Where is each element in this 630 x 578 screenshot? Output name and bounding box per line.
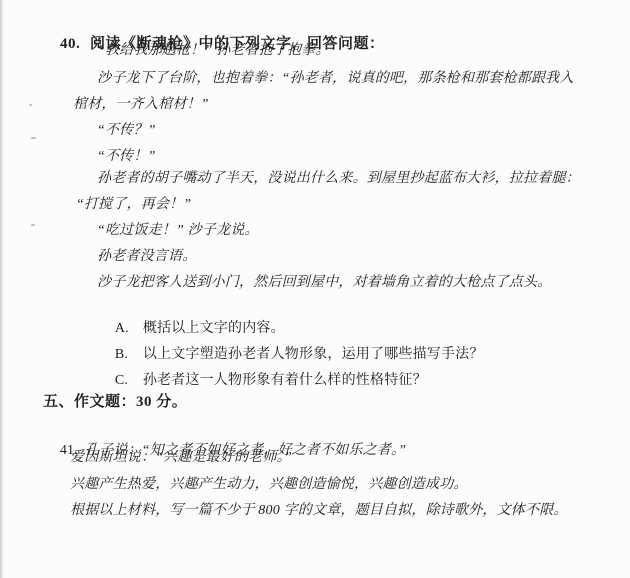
exam-paper-page: 40.阅读《断魂枪》中的下列文字，回答问题： “教给我那趟枪！” 孙老者抱了抱拳… xyxy=(0,0,630,578)
scan-artifact xyxy=(31,137,36,139)
passage-line: “吃过饭走！” 沙子龙说。 xyxy=(97,221,259,241)
question-40-number: 40. xyxy=(60,34,90,54)
passage-line: 棺材，一齐入棺材！” xyxy=(73,95,209,115)
passage-line: “打搅了，再会！” xyxy=(76,195,191,215)
passage-line: 沙子龙把客人送到小门，然后回到屋中，对着墙角立着的大枪点了点头。 xyxy=(97,273,551,293)
passage-line: “不传？” xyxy=(97,121,156,141)
passage-line: 孙老者的胡子嘴动了半天，没说出什么来。到屋里抄起蓝布大衫，拉拉着腿： xyxy=(97,169,580,189)
material-line: 爱因斯坦说：“兴趣是最好的老师。” xyxy=(70,448,292,468)
passage-line: “不传！” xyxy=(97,147,156,167)
section-5-heading: 五、作文题：30 分。 xyxy=(43,392,187,412)
scan-artifact xyxy=(29,104,32,106)
material-line: 根据以上材料，写一篇不少于 800 字的文章，题目自拟，除诗歌外，文体不限。 xyxy=(70,501,568,521)
option-c-label: C. xyxy=(115,371,143,391)
passage-line: “教给我那趟枪！” 孙老者抱了抱拳。 xyxy=(97,41,330,61)
passage-line: 沙子龙下了台阶，也抱着拳：“孙老者，说真的吧，那条枪和那套枪都跟我入 xyxy=(97,69,574,89)
passage-line: 孙老者没言语。 xyxy=(97,247,196,267)
option-c-text: 孙老者这一人物形象有着什么样的性格特征？ xyxy=(143,373,427,388)
scan-artifact xyxy=(31,224,35,226)
scan-edge-shadow xyxy=(0,0,4,578)
material-line: 兴趣产生热爱，兴趣产生动力，兴趣创造愉悦，兴趣创造成功。 xyxy=(70,475,468,495)
